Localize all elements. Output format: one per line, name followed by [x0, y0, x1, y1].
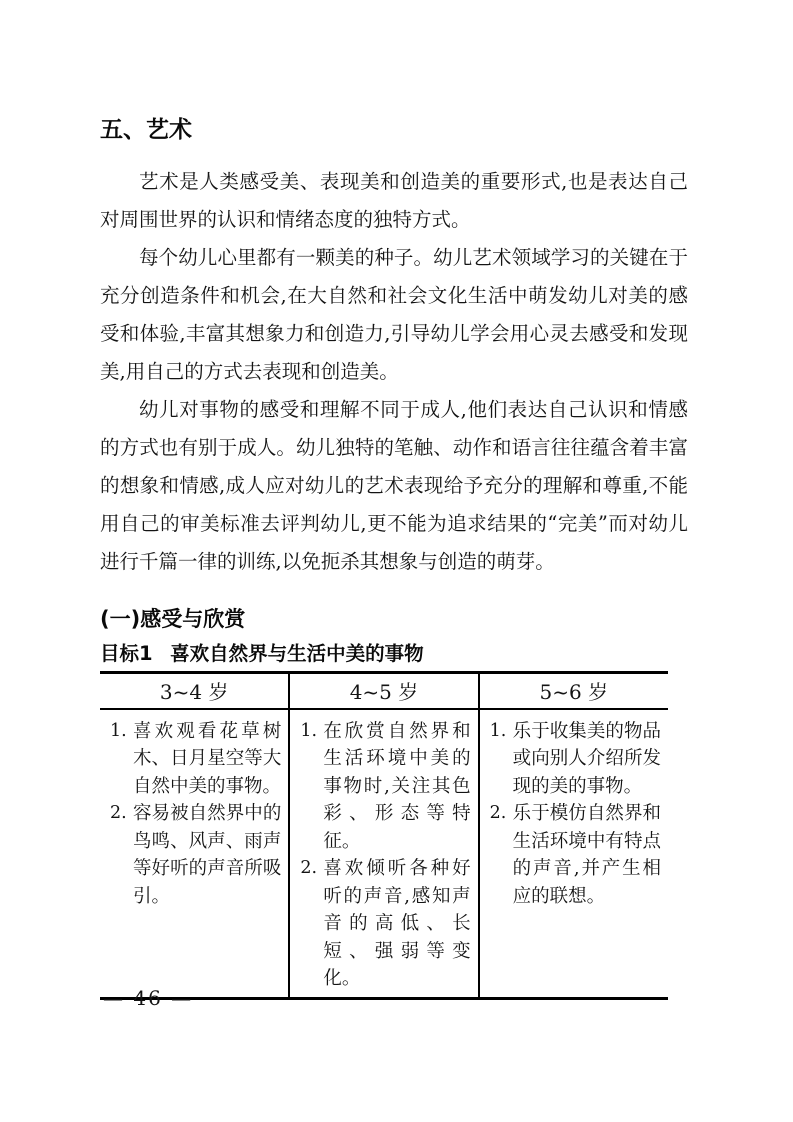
- list-item-number: 2.: [300, 855, 323, 993]
- paragraph: 艺术是人类感受美、表现美和创造美的重要形式,也是表达自己对周围世界的认识和情绪态…: [100, 163, 688, 239]
- paragraph: 每个幼儿心里都有一颗美的种子。幼儿艺术领域学习的关键在于充分创造条件和机会,在大…: [100, 239, 688, 391]
- list-item-text: 容易被自然界中的鸟鸣、风声、雨声等好听的声音所吸引。: [133, 800, 281, 910]
- age-development-table: 3~4 岁 4~5 岁 5~6 岁 1. 喜欢观看花草树木、日月星空等大自然中美…: [100, 671, 668, 1000]
- chapter-heading: 五、艺术: [100, 115, 688, 145]
- goal-label: 目标1: [100, 642, 153, 665]
- list-item-number: 2.: [110, 800, 133, 910]
- goal-title: 喜欢自然界与生活中美的事物: [170, 642, 424, 665]
- list-item: 2. 喜欢倾听各种好听的声音,感知声音的高低、长短、强弱等变化。: [300, 855, 470, 993]
- list-item: 1. 在欣赏自然界和生活环境中美的事物时,关注其色彩、形态等特征。: [300, 718, 470, 856]
- list-item-number: 1.: [110, 718, 133, 801]
- table-cell-age-4-5: 1. 在欣赏自然界和生活环境中美的事物时,关注其色彩、形态等特征。 2. 喜欢倾…: [289, 709, 478, 999]
- list-item: 2. 乐于模仿自然界和生活环境中有特点的声音,并产生相应的联想。: [490, 800, 661, 910]
- table-header-age-5-6: 5~6 岁: [479, 673, 668, 709]
- section-heading: (一)感受与欣赏: [100, 605, 688, 633]
- table-header-age-4-5: 4~5 岁: [289, 673, 478, 709]
- paragraph: 幼儿对事物的感受和理解不同于成人,他们表达自己认识和情感的方式也有别于成人。幼儿…: [100, 391, 688, 581]
- list-item-text: 在欣赏自然界和生活环境中美的事物时,关注其色彩、形态等特征。: [323, 718, 470, 856]
- list-item-text: 乐于收集美的物品或向别人介绍所发现的美的事物。: [513, 718, 661, 801]
- list-item: 2. 容易被自然界中的鸟鸣、风声、雨声等好听的声音所吸引。: [110, 800, 281, 910]
- list-item-text: 喜欢倾听各种好听的声音,感知声音的高低、长短、强弱等变化。: [323, 855, 470, 993]
- list-item: 1. 喜欢观看花草树木、日月星空等大自然中美的事物。: [110, 718, 281, 801]
- table-header-row: 3~4 岁 4~5 岁 5~6 岁: [100, 673, 668, 709]
- list-item-number: 1.: [300, 718, 323, 856]
- list-item: 1. 乐于收集美的物品或向别人介绍所发现的美的事物。: [490, 718, 661, 801]
- list-item-number: 1.: [490, 718, 513, 801]
- table-header-age-3-4: 3~4 岁: [100, 673, 289, 709]
- list-item-text: 乐于模仿自然界和生活环境中有特点的声音,并产生相应的联想。: [513, 800, 661, 910]
- table-body-row: 1. 喜欢观看花草树木、日月星空等大自然中美的事物。 2. 容易被自然界中的鸟鸣…: [100, 709, 668, 999]
- list-item-number: 2.: [490, 800, 513, 910]
- table-cell-age-5-6: 1. 乐于收集美的物品或向别人介绍所发现的美的事物。 2. 乐于模仿自然界和生活…: [479, 709, 668, 999]
- page-content: 五、艺术 艺术是人类感受美、表现美和创造美的重要形式,也是表达自己对周围世界的认…: [100, 115, 688, 1000]
- list-item-text: 喜欢观看花草树木、日月星空等大自然中美的事物。: [133, 718, 281, 801]
- goal-heading: 目标1喜欢自然界与生活中美的事物: [100, 641, 688, 667]
- table-cell-age-3-4: 1. 喜欢观看花草树木、日月星空等大自然中美的事物。 2. 容易被自然界中的鸟鸣…: [100, 709, 289, 999]
- document-page: 五、艺术 艺术是人类感受美、表现美和创造美的重要形式,也是表达自己对周围世界的认…: [0, 0, 793, 1122]
- page-number: — 46 —: [103, 986, 193, 1010]
